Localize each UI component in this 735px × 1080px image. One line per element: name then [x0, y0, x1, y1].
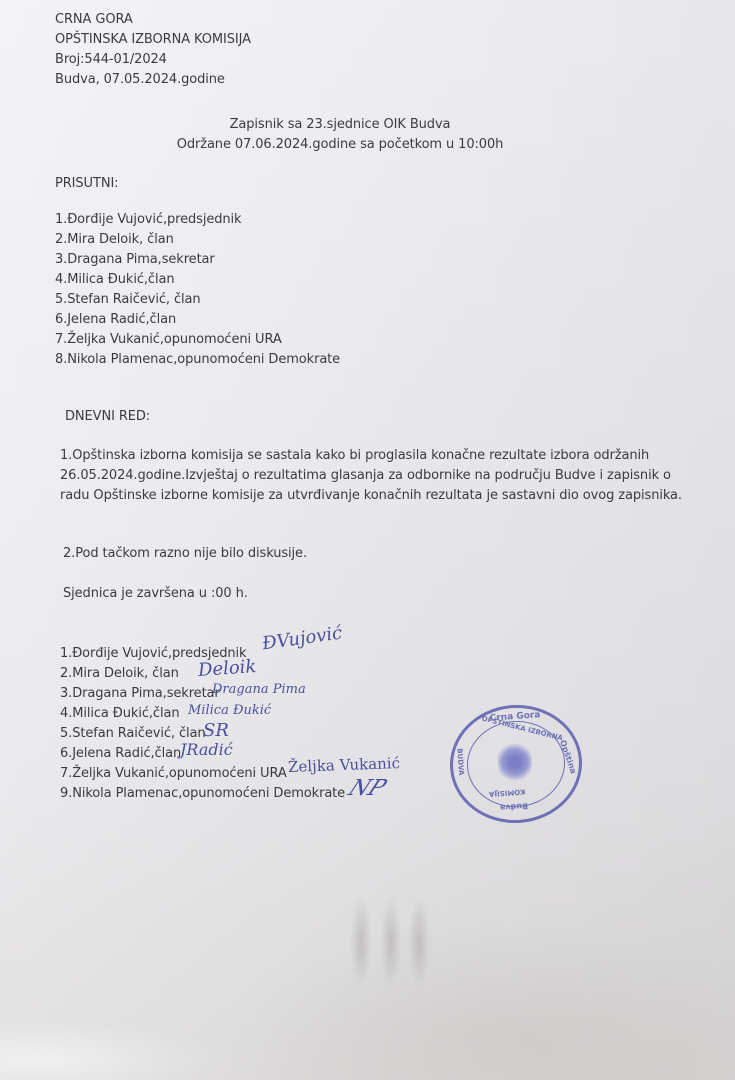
signature: JRadić: [180, 740, 233, 759]
header-place-date: Budva, 07.05.2024.godine: [55, 70, 251, 90]
present-member: 4.Milica Đukić,član: [55, 270, 340, 290]
signature: SR: [203, 720, 229, 741]
official-stamp: Crna Gora OPŠTINSKA IZBORNA KOMISIJA Opš…: [446, 701, 586, 828]
present-member: 2.Mira Deloik, član: [55, 230, 340, 250]
header-institution: OPŠTINSKA IZBORNA KOMISIJA: [55, 30, 251, 50]
agenda-item-2: 2.Pod tačkom razno nije bilo diskusije.: [63, 544, 307, 564]
document-title: Zapisnik sa 23.sjednice OIK Budva Održan…: [0, 115, 680, 155]
present-member: 3.Dragana Pima,sekretar: [55, 250, 340, 270]
present-list: 1.Đorđije Vujović,predsjednik 2.Mira Del…: [55, 210, 340, 370]
title-line-1: Zapisnik sa 23.sjednice OIK Budva: [0, 115, 680, 135]
signature: Deloik: [197, 656, 257, 681]
agenda-label: DNEVNI RED:: [65, 407, 150, 427]
present-member: 6.Jelena Radić,član: [55, 310, 340, 330]
stamp-bottom-text: Budva: [500, 801, 529, 812]
signature: Dragana Pima: [212, 682, 306, 697]
paper-background: [0, 0, 735, 1080]
present-member: 7.Željka Vukanić,opunomoćeni URA: [55, 330, 340, 350]
document-header: CRNA GORA OPŠTINSKA IZBORNA KOMISIJA Bro…: [55, 10, 251, 90]
signature: NP: [344, 776, 390, 801]
present-label: PRISUTNI:: [55, 174, 118, 194]
header-country: CRNA GORA: [55, 10, 251, 30]
header-number: Broj:544-01/2024: [55, 50, 251, 70]
title-line-2: Održane 07.06.2024.godine sa početkom u …: [0, 135, 680, 155]
signature: Željka Vukanić: [288, 754, 401, 776]
paper-crease: [340, 895, 450, 1005]
signature: Milica Đukić: [188, 703, 271, 718]
signatory-label: 9.Nikola Plamenac,opunomoćeni Demokrate: [60, 784, 345, 804]
agenda-item-1: 1.Opštinska izborna komisija se sastala …: [60, 446, 700, 506]
present-member: 5.Stefan Raičević, član: [55, 290, 340, 310]
present-member: 1.Đorđije Vujović,predsjednik: [55, 210, 340, 230]
closing-statement: Sjednica je završena u :00 h.: [63, 584, 248, 604]
stamp-left-text: BUDVA: [455, 748, 465, 776]
present-member: 8.Nikola Plamenac,opunomoćeni Demokrate: [55, 350, 340, 370]
